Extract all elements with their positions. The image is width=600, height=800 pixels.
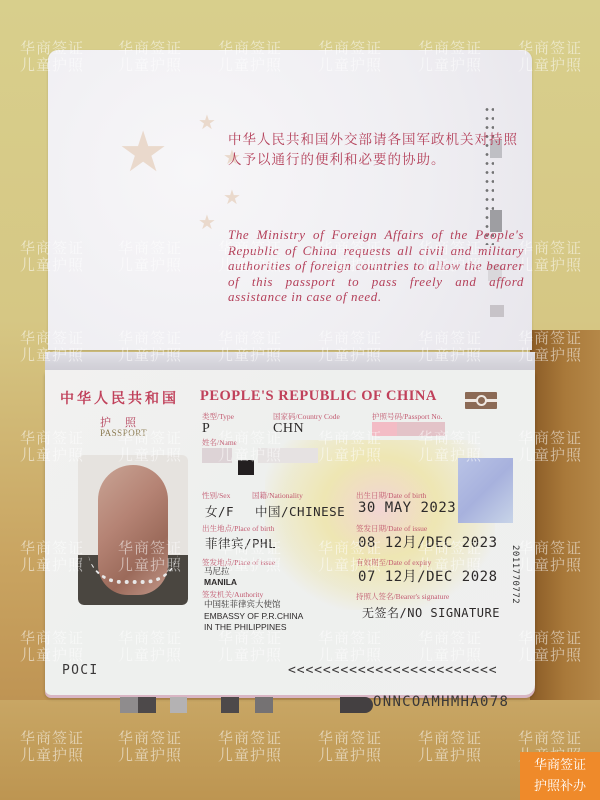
- pixelated-mrz: [255, 697, 273, 713]
- wooden-table-background-bottom: [0, 700, 600, 800]
- pixelated-name: [238, 460, 254, 475]
- signature-value: 无签名/NO SIGNATURE: [362, 604, 500, 621]
- sex-label: 性别/Sex: [202, 490, 230, 501]
- pixelated-name: [202, 448, 232, 463]
- nationality-label: 国籍/Nationality: [252, 490, 303, 501]
- authority-value-english-1: EMBASSY OF P.R.CHINA: [204, 611, 303, 622]
- date-of-birth-value: 30 MAY 2023: [358, 500, 456, 516]
- holder-photo-pixelated: [78, 455, 188, 605]
- passport-number-label: 护照号码/Passport No.: [372, 411, 442, 422]
- mrz-line-1-fill: <<<<<<<<<<<<<<<<<<<<<<<<: [288, 663, 497, 678]
- type-value: P: [202, 421, 210, 437]
- mrz-line-1-start: POCI: [62, 663, 99, 678]
- page-fold: [45, 352, 535, 372]
- authority-value-chinese: 中国驻菲律宾大使馆: [204, 599, 281, 610]
- request-text-english: The Ministry of Foreign Affairs of the P…: [228, 227, 524, 305]
- nationality-value: 中国/CHINESE: [255, 502, 345, 520]
- authority-value-english-2: IN THE PHILIPPINES: [204, 622, 287, 633]
- name-label: 姓名/Name: [202, 437, 237, 448]
- corner-promo-badge: 华商签证 护照补办: [520, 752, 600, 800]
- small-star-icon: ★: [198, 210, 216, 234]
- place-of-birth-value: 菲律宾/PHL: [205, 534, 276, 552]
- side-serial-number: 2011770772: [510, 545, 520, 604]
- pixelated-name: [258, 448, 318, 463]
- pixelated-mrz: [138, 697, 156, 713]
- pixelated-mrz: [170, 697, 187, 713]
- small-star-icon: ★: [223, 185, 241, 209]
- pixelated-mrz: [340, 697, 373, 713]
- country-code-value: CHN: [273, 421, 304, 437]
- document-title-english: PASSPORT: [100, 428, 147, 438]
- date-of-expiry-value: 07 12月/DEC 2028: [358, 566, 498, 586]
- pixelated-mrz: [221, 697, 239, 713]
- place-of-issue-value-chinese: 马尼拉: [204, 566, 230, 577]
- badge-line-1: 华商签证: [520, 755, 600, 776]
- request-text-chinese: 中华人民共和国外交部请各国军政机关对持照人予以通行的便利和必要的协助。: [228, 130, 518, 170]
- passport-observation-page: ★ ★ ★ ★ ★ 中华人民共和国外交部请各国军政机关对持照人予以通行的便利和必…: [48, 50, 532, 350]
- signature-label: 持照人签名/Bearer's signature: [356, 591, 449, 602]
- country-name-english: PEOPLE'S REPUBLIC OF CHINA: [200, 388, 437, 405]
- badge-line-2: 护照补办: [520, 776, 600, 797]
- large-star-icon: ★: [118, 120, 168, 185]
- place-of-birth-label: 出生地点/Place of birth: [202, 523, 275, 534]
- mrz-line-2-end: ONNCOAMHMHA078: [373, 694, 509, 710]
- pixelated-passport-number: [372, 422, 397, 436]
- sex-value: 女/F: [205, 502, 234, 520]
- small-star-icon: ★: [198, 110, 216, 134]
- pixelated-mrz: [120, 697, 138, 713]
- pixelated-passport-number: [397, 422, 445, 436]
- pixelated-ghost-image: [458, 458, 513, 523]
- date-of-issue-value: 08 12月/DEC 2023: [358, 532, 498, 552]
- place-of-issue-value-english: MANILA: [204, 577, 237, 588]
- biometric-chip-icon: [465, 392, 497, 409]
- country-name-chinese: 中华人民共和国: [60, 388, 179, 408]
